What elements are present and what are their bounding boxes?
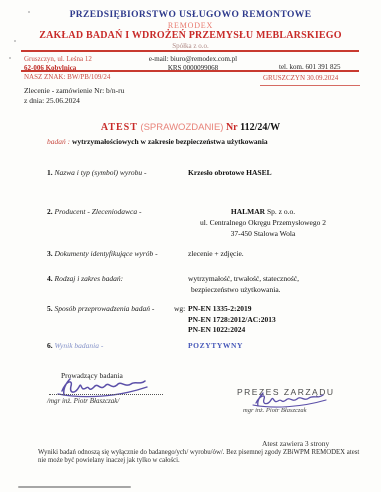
- title-nr-label: Nr: [226, 122, 238, 133]
- producer-street: ul. Centralnego Okręgu Przemysłowego 2: [183, 218, 343, 227]
- field-2-label: 2. Producent - Zleceniodawca -: [47, 207, 142, 216]
- title-number: 112/24/W: [240, 122, 280, 133]
- document-title: ATEST (SPRAWOZDANIE) Nr 112/24/W: [0, 122, 381, 133]
- order-info: Zlecenie - zamówienie Nr: b/n-ru z dnia:…: [24, 86, 124, 105]
- subtitle-label: badań :: [47, 137, 70, 146]
- order-number: Zlecenie - zamówienie Nr: b/n-ru: [24, 86, 124, 95]
- field-5-label: 5. Sposób przeprowadzenia badań -: [47, 304, 154, 313]
- date-underline: [260, 85, 360, 86]
- norm-1: PN-EN 1335-2:2019: [188, 304, 252, 313]
- producer-name-line: HALMAR Sp. z o.o.: [183, 207, 343, 216]
- field-4-text: Rodzaj i zakres badań:: [55, 274, 124, 283]
- norm-2: PN-EN 1728:2012/AC:2013: [188, 315, 276, 324]
- title-sprawozdanie: (SPRAWOZDANIE): [140, 122, 223, 133]
- footer-note-line2: nie może być powielany inaczej jak tylko…: [38, 457, 180, 464]
- document-subtitle: badań : wytrzymałościowych w zakresie be…: [47, 137, 268, 146]
- field-5-text: Sposób przeprowadzenia badań -: [55, 304, 155, 313]
- field-6-number: 6.: [47, 341, 53, 350]
- product-name: Krzesło obrotowe HASEL: [188, 168, 272, 177]
- company-legal-form: Spółka z o.o.: [0, 42, 381, 50]
- test-scope-line1: wytrzymałość, trwałość, stateczność,: [188, 274, 299, 283]
- scan-speck: [9, 57, 11, 59]
- left-signatory-name: /mgr inż. Piotr Błaszczak/: [47, 397, 119, 405]
- field-1-text: Nazwa i typ (symbol) wyrobu -: [55, 168, 147, 177]
- producer-city: 37-450 Stalowa Wola: [183, 229, 343, 238]
- document-page: PRZEDSIĘBIORSTWO USŁUGOWO REMONTOWE REMO…: [0, 0, 381, 492]
- right-signatory-name: mgr inż. Piotr Błaszczak: [243, 407, 307, 414]
- producer-name: HALMAR: [231, 207, 265, 216]
- field-4-number: 4.: [47, 274, 53, 283]
- field-5-number: 5.: [47, 304, 53, 313]
- field-6-label: 6. Wynik badania -: [47, 341, 103, 350]
- field-2-number: 2.: [47, 207, 53, 216]
- subtitle-text: wytrzymałościowych w zakresie bezpieczeń…: [72, 137, 268, 146]
- header-rule-top: [21, 50, 359, 52]
- norm-3: PN-EN 1022:2024: [188, 325, 245, 334]
- field-2-text: Producent - Zleceniodawca -: [55, 207, 142, 216]
- field-1-number: 1.: [47, 168, 53, 177]
- email-text: e-mail: biuro@remodex.com.pl: [149, 55, 237, 63]
- field-3-text: Dokumenty identyfikujące wyrób -: [55, 249, 158, 258]
- pages-count-note: Atest zawiera 3 strony: [262, 439, 329, 448]
- scan-edge-artifact: [18, 486, 131, 488]
- company-name: PRZEDSIĘBIORSTWO USŁUGOWO REMONTOWE: [0, 10, 381, 20]
- place-and-date: GRUSZCZYN 30.09.2024: [263, 74, 338, 82]
- test-scope-line2: bezpieczeństwo użytkowania.: [191, 285, 281, 294]
- footer-note-line1: Wyniki badań odnoszą się wyłącznie do ba…: [38, 449, 359, 456]
- company-division: ZAKŁAD BADAŃ I WDROŻEŃ PRZEMYSŁU MEBLARS…: [0, 30, 381, 41]
- title-atest: ATEST: [101, 122, 138, 133]
- field-4-label: 4. Rodzaj i zakres badań:: [47, 274, 123, 283]
- field-3-number: 3.: [47, 249, 53, 258]
- field-1-label: 1. Nazwa i typ (symbol) wyrobu -: [47, 168, 147, 177]
- order-date: z dnia: 25.06.2024: [24, 96, 80, 105]
- test-result: POZYTYWNY: [188, 341, 243, 350]
- producer-suffix: Sp. z o.o.: [265, 207, 295, 216]
- signature-ink-left: [54, 375, 154, 399]
- field-3-label: 3. Dokumenty identyfikujące wyrób -: [47, 249, 158, 258]
- wg-label: wg:: [174, 304, 185, 313]
- field-6-text: Wynik badania -: [55, 341, 104, 350]
- company-brand: REMODEX: [0, 21, 381, 30]
- identifying-documents: zlecenie + zdjęcie.: [188, 249, 244, 258]
- header-rule-bottom: [21, 70, 359, 72]
- address-street: Gruszczyn, ul. Leśna 12: [24, 55, 92, 63]
- reference-number: NASZ ZNAK: BW/PB/109/24: [24, 73, 110, 81]
- signature-dotted-line: [49, 394, 163, 395]
